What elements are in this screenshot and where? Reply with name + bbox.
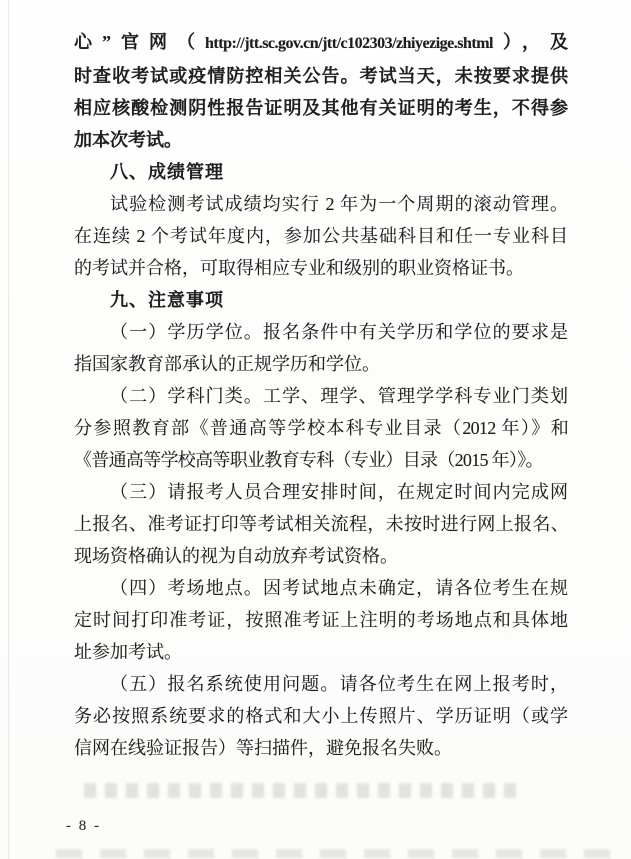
text-segment: 心”官网（ — [74, 32, 205, 52]
text-line: （二）学科门类。工学、理学、管理学学科专业门类划 — [74, 380, 568, 412]
text-segment: ），及 — [493, 32, 568, 52]
scan-bleed-smudge — [84, 783, 522, 798]
text-line: （四）考场地点。因考试地点未确定，请各位考生在规 — [74, 572, 568, 604]
scan-bleed-smudge-bottom — [56, 849, 624, 858]
note-item-2: （二）学科门类。工学、理学、管理学学科专业门类划 分参照教育部《普通高等学校本科… — [74, 380, 568, 476]
note-item-3: （三）请报考人员合理安排时间，在规定时间内完成网 上报名、准考证打印等考试相关流… — [74, 476, 568, 572]
scan-edge-artifact — [8, 0, 9, 859]
section-heading-notes: 九、注意事项 — [74, 284, 568, 316]
note-item-5: （五）报名系统使用问题。请各位考生在网上报考时， 务必按照系统要求的格式和大小上… — [74, 668, 568, 764]
document-body: 心”官网（http://jtt.sc.gov.cn/jtt/c102303/zh… — [74, 26, 568, 764]
text-line: （五）报名系统使用问题。请各位考生在网上报考时， — [74, 668, 568, 700]
text-line: 务必按照系统要求的格式和大小上传照片、学历证明（或学 — [74, 700, 568, 732]
text-line: （一）学历学位。报名条件中有关学历和学位的要求是 — [74, 316, 568, 348]
text-line: 定时间打印准考证，按照准考证上注明的考场地点和具体地 — [74, 604, 568, 636]
text-line: 心”官网（http://jtt.sc.gov.cn/jtt/c102303/zh… — [74, 26, 568, 60]
text-line: 在连续 2 个考试年度内，参加公共基础科目和任一专业科目 — [74, 220, 568, 252]
text-line: 《普通高等学校高等职业教育专科（专业）目录（2015 年）》。 — [74, 444, 568, 476]
note-item-1: （一）学历学位。报名条件中有关学历和学位的要求是 指国家教育部承认的正规学历和学… — [74, 316, 568, 380]
text-line: 试验检测考试成绩均实行 2 年为一个周期的滚动管理。 — [74, 188, 568, 220]
note-item-4: （四）考场地点。因考试地点未确定，请各位考生在规 定时间打印准考证，按照准考证上… — [74, 572, 568, 668]
text-line: 址参加考试。 — [74, 636, 568, 668]
section-heading-scores: 八、成绩管理 — [74, 156, 568, 188]
text-line: 指国家教育部承认的正规学历和学位。 — [74, 348, 568, 380]
document-url: http://jtt.sc.gov.cn/jtt/c102303/zhiyezi… — [205, 35, 493, 52]
text-line: 现场资格确认的视为自动放弃考试资格。 — [74, 540, 568, 572]
page-number: - 8 - — [66, 818, 101, 835]
text-line: 时查收考试或疫情防控相关公告。考试当天，未按要求提供 — [74, 60, 568, 92]
notice-paragraph: 心”官网（http://jtt.sc.gov.cn/jtt/c102303/zh… — [74, 26, 568, 156]
text-line: 上报名、准考证打印等考试相关流程，未按时进行网上报名、 — [74, 508, 568, 540]
text-line: （三）请报考人员合理安排时间，在规定时间内完成网 — [74, 476, 568, 508]
text-line: 分参照教育部《普通高等学校本科专业目录（2012 年）》和 — [74, 412, 568, 444]
text-line: 的考试并合格，可取得相应专业和级别的职业资格证书。 — [74, 252, 568, 284]
text-line: 加本次考试。 — [74, 124, 568, 156]
scanned-document-page: 心”官网（http://jtt.sc.gov.cn/jtt/c102303/zh… — [0, 0, 631, 859]
text-line: 相应核酸检测阴性报告证明及其他有关证明的考生，不得参 — [74, 92, 568, 124]
text-line: 信网在线验证报告）等扫描件，避免报名失败。 — [74, 732, 568, 764]
scores-paragraph: 试验检测考试成绩均实行 2 年为一个周期的滚动管理。 在连续 2 个考试年度内，… — [74, 188, 568, 284]
